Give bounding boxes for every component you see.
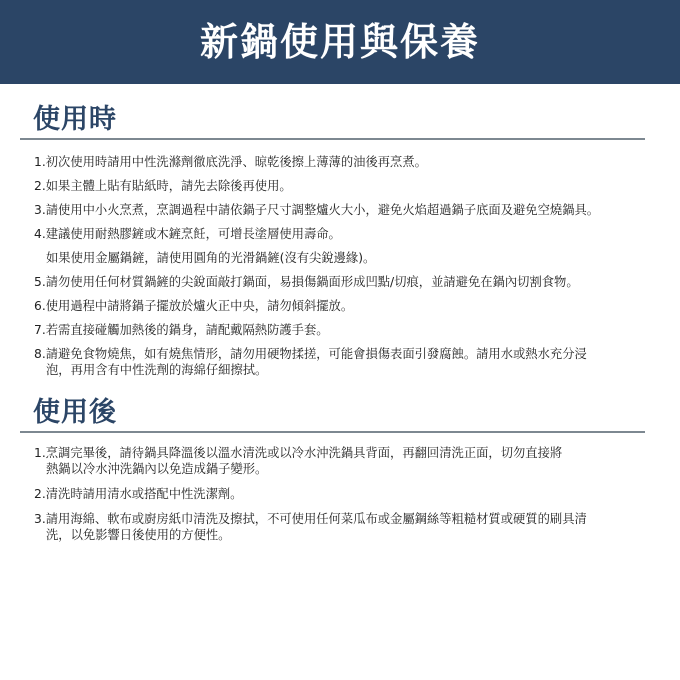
list-item: 3.請用海綿、軟布或廚房紙巾清洗及擦拭，不可使用任何菜瓜布或金屬鋼絲等粗糙材質或… [34, 511, 645, 543]
list-item: 3.請使用中小火烹煮，烹調過程中請依鍋子尺寸調整爐火大小，避免火焰超過鍋子底面及… [34, 202, 645, 218]
item-line: 熱鍋以冷水沖洗鍋內以免造成鍋子變形。 [34, 461, 645, 477]
item-line: 洗，以免影響日後使用的方便性。 [34, 527, 645, 543]
section-during-use: 使用時 1.初次使用時請用中性洗滌劑徹底洗淨、晾乾後擦上薄薄的油後再烹煮。 2.… [0, 84, 680, 378]
section-heading: 使用後 [20, 396, 645, 433]
section-heading: 使用時 [20, 103, 645, 140]
item-line: 泡，再用含有中性洗劑的海綿仔細擦拭。 [34, 362, 645, 378]
list-item: 7.若需直接碰觸加熱後的鍋身，請配戴隔熱防護手套。 [34, 322, 645, 338]
section-title: 使用後 [33, 396, 645, 430]
list-item-note: 如果使用金屬鍋鏟，請使用圓角的光滑鍋鏟(沒有尖銳邊緣)。 [34, 250, 645, 266]
list-item: 2.清洗時請用清水或搭配中性洗潔劑。 [34, 486, 645, 502]
section-title: 使用時 [33, 103, 645, 137]
list-item: 8.請避免食物燒焦，如有燒焦情形，請勿用硬物揉搓，可能會損傷表面引發腐蝕。請用水… [34, 346, 645, 378]
page-title: 新鍋使用與保養 [200, 23, 480, 61]
note-text: 如果使用金屬鍋鏟，請使用圓角的光滑鍋鏟(沒有尖銳邊緣)。 [34, 250, 645, 266]
instruction-list: 1.烹調完畢後，請待鍋具降溫後以溫水清洗或以冷水沖洗鍋具背面，再翻回清洗正面，切… [20, 445, 645, 543]
list-item: 1.初次使用時請用中性洗滌劑徹底洗淨、晾乾後擦上薄薄的油後再烹煮。 [34, 154, 645, 170]
list-item: 4.建議使用耐熱膠鏟或木鏟烹飪，可增長塗層使用壽命。 [34, 226, 645, 242]
list-item: 6.使用過程中請將鍋子擺放於爐火正中央，請勿傾斜擺放。 [34, 298, 645, 314]
title-banner: 新鍋使用與保養 [0, 0, 680, 84]
item-line: 3.請用海綿、軟布或廚房紙巾清洗及擦拭，不可使用任何菜瓜布或金屬鋼絲等粗糙材質或… [34, 511, 645, 527]
instruction-list: 1.初次使用時請用中性洗滌劑徹底洗淨、晾乾後擦上薄薄的油後再烹煮。 2.如果主體… [20, 154, 645, 378]
item-line: 8.請避免食物燒焦，如有燒焦情形，請勿用硬物揉搓，可能會損傷表面引發腐蝕。請用水… [34, 346, 645, 362]
section-after-use: 使用後 1.烹調完畢後，請待鍋具降溫後以溫水清洗或以冷水沖洗鍋具背面，再翻回清洗… [0, 386, 680, 543]
list-item: 2.如果主體上貼有貼紙時，請先去除後再使用。 [34, 178, 645, 194]
list-item: 5.請勿使用任何材質鍋鏟的尖銳面敲打鍋面，易損傷鍋面形成凹點/切痕，並請避免在鍋… [34, 274, 645, 290]
list-item: 1.烹調完畢後，請待鍋具降溫後以溫水清洗或以冷水沖洗鍋具背面，再翻回清洗正面，切… [34, 445, 645, 477]
item-line: 1.烹調完畢後，請待鍋具降溫後以溫水清洗或以冷水沖洗鍋具背面，再翻回清洗正面，切… [34, 445, 645, 461]
